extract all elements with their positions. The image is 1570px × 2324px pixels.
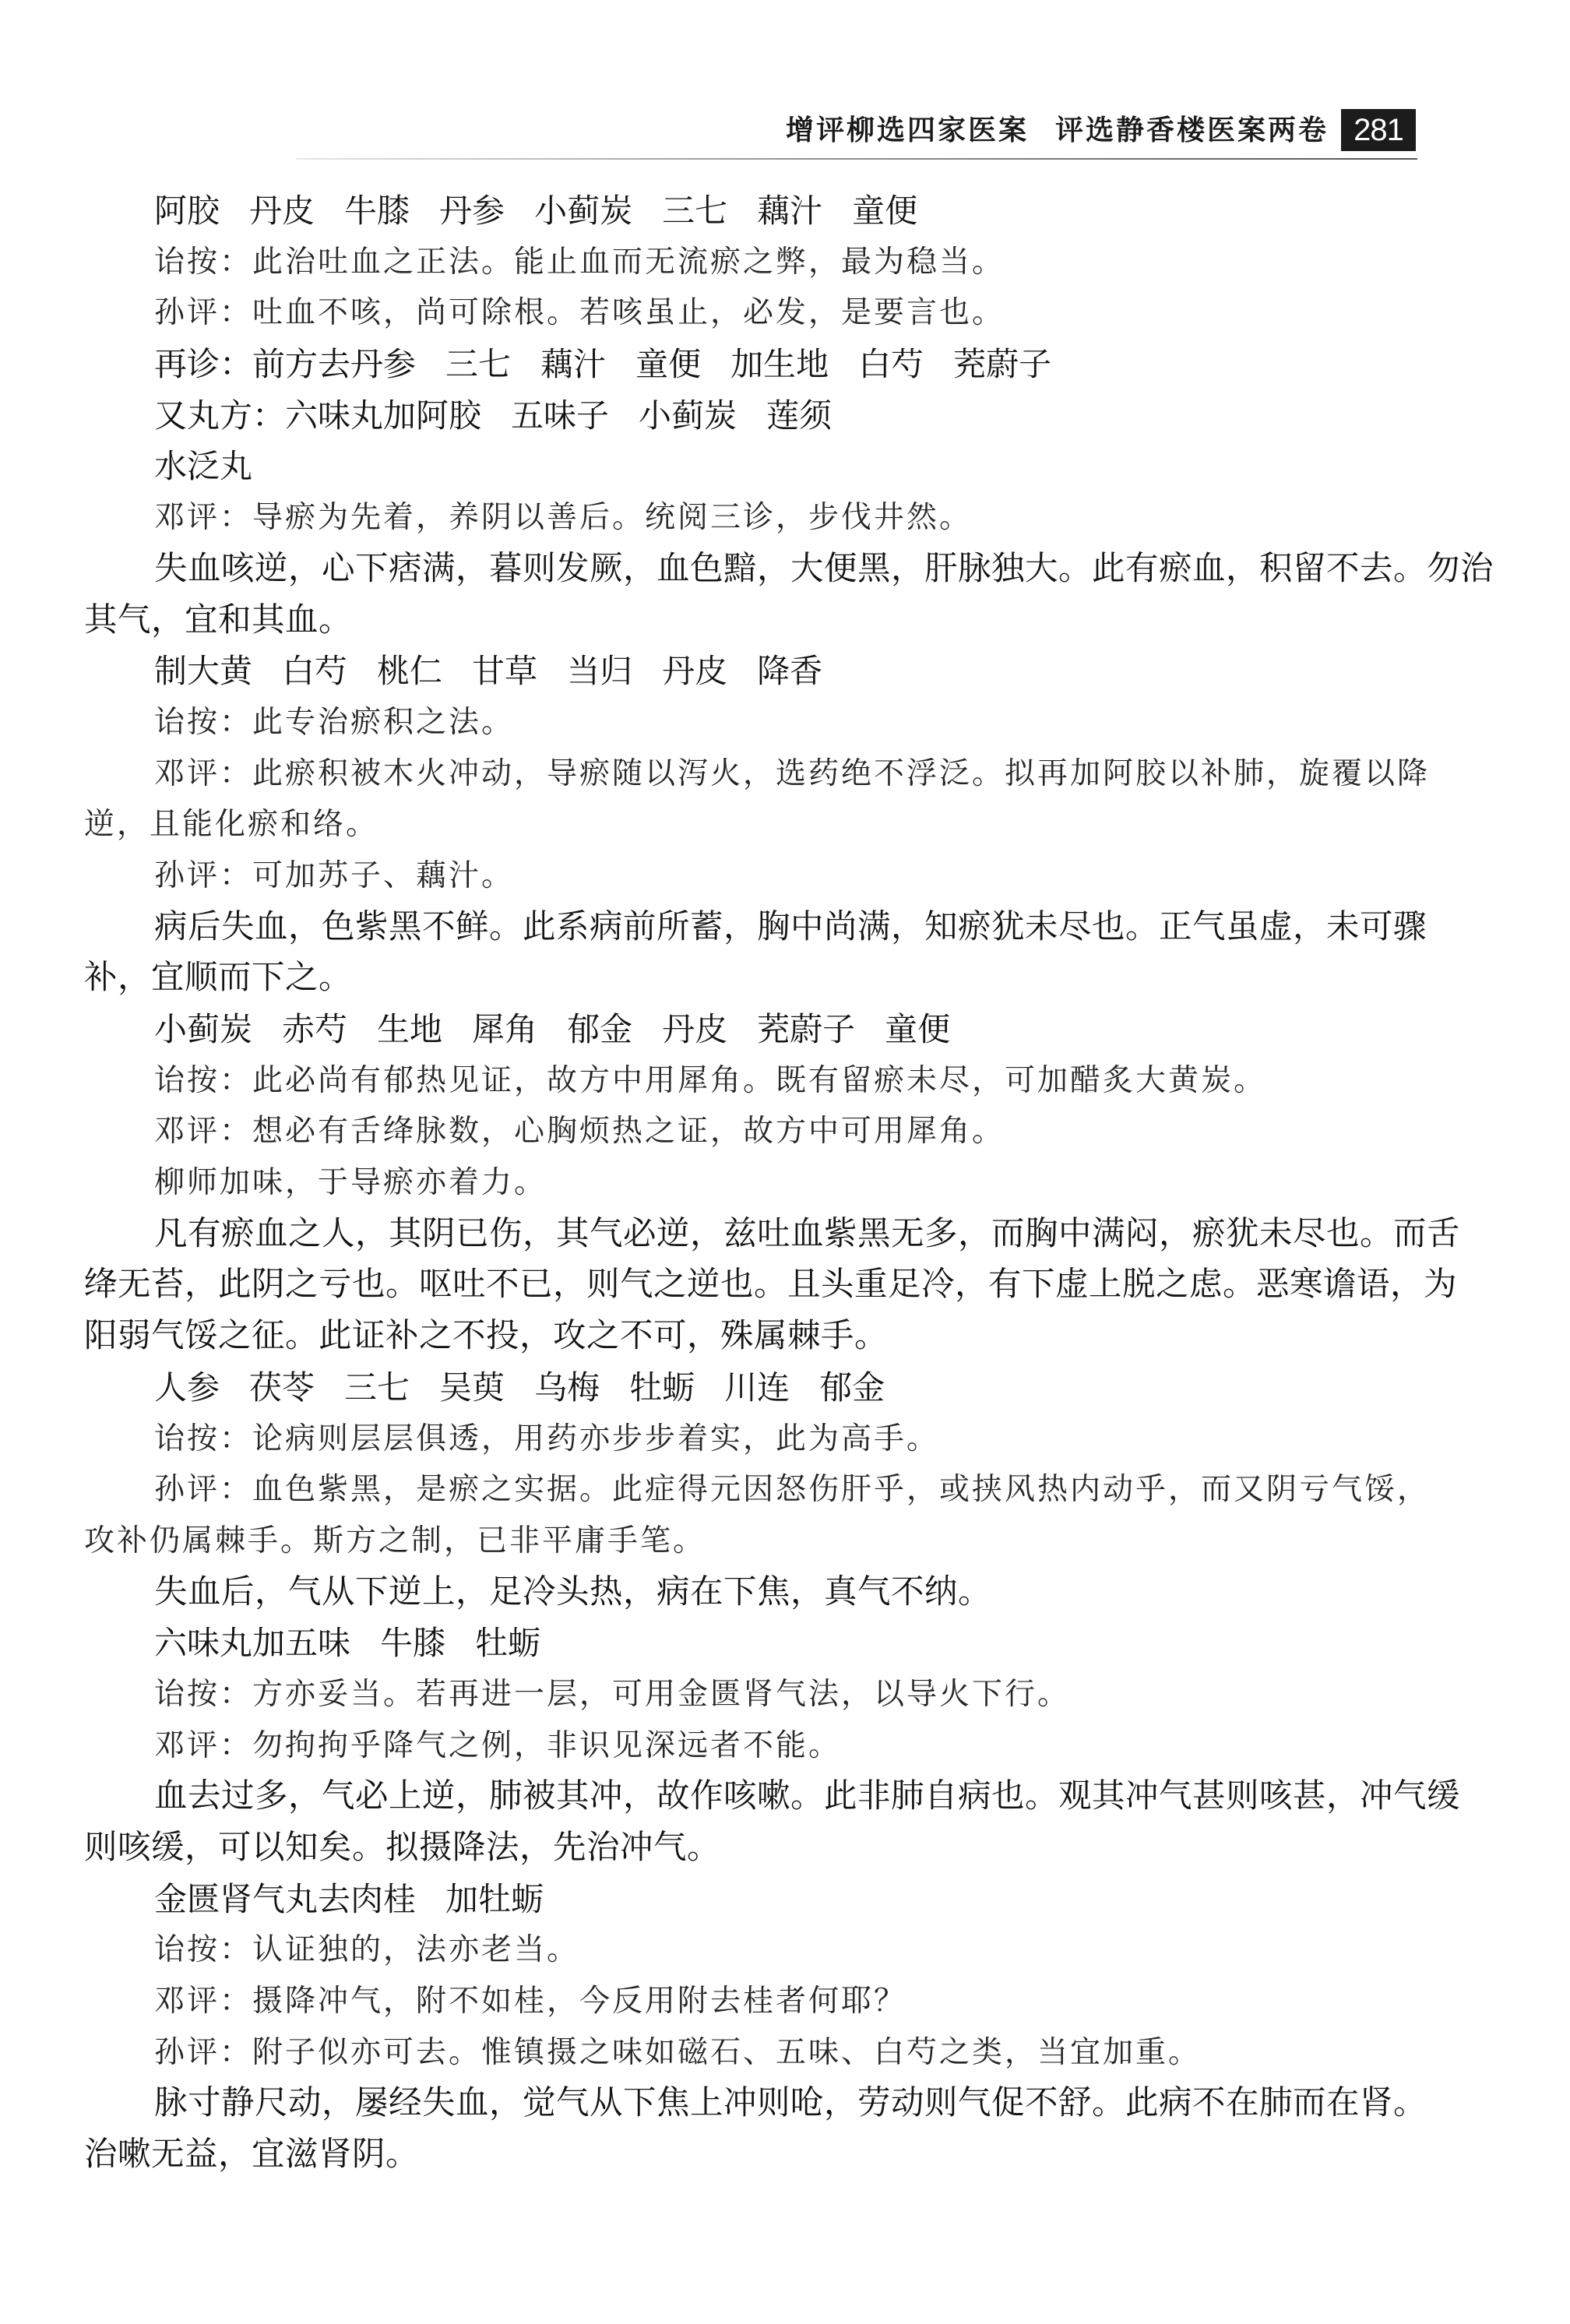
commentary-line: 诒按：此专治瘀积之法。 — [84, 697, 1417, 748]
commentary-line: 诒按：此治吐血之正法。能止血而无流瘀之弊，最为稳当。 — [84, 237, 1417, 288]
prescription-prefix: 又丸方： — [154, 396, 285, 435]
herb-item: 茺蔚子 — [953, 339, 1051, 390]
herb-item: 降香 — [757, 646, 822, 697]
prescription-line: 六味丸加五味牛膝牡蛎 — [84, 1618, 1417, 1669]
prescription-line: 水泛丸 — [84, 441, 1417, 492]
herb-item: 五味子 — [511, 390, 609, 442]
commentary-line: 孙评：吐血不咳，尚可除根。若咳虽止，必发，是要言也。 — [84, 287, 1417, 339]
herb-item: 川连 — [724, 1362, 790, 1414]
herb-item: 三七 — [445, 339, 511, 390]
herb-item: 童便 — [635, 339, 701, 390]
case-text-line: 病后失血，色紫黑不鲜。此系病前所蓄，胸中尚满，知瘀犹未尽也。正气虽虚，未可骤 — [84, 902, 1417, 953]
section-title: 评选静香楼医案两卷 — [1055, 114, 1329, 146]
herb-item: 当归 — [567, 646, 632, 697]
commentary-line: 诒按：认证独的，法亦老当。 — [84, 1924, 1417, 1976]
prescription-line: 再诊：前方去丹参三七藕汁童便加生地白芍茺蔚子 — [84, 339, 1417, 390]
prescription-line: 金匮肾气丸去肉桂加牡蛎 — [84, 1874, 1417, 1925]
herb-item: 犀角 — [472, 1004, 537, 1055]
herb-item: 牡蛎 — [629, 1362, 695, 1414]
prescription-prefix: 再诊：前方去 — [154, 345, 350, 383]
herb-item: 生地 — [377, 1004, 442, 1055]
herb-item: 加牡蛎 — [445, 1874, 544, 1925]
herb-item: 人参 — [154, 1362, 220, 1414]
case-text-line: 脉寸静尺动，屡经失血，觉气从下焦上冲则呛，劳动则气促不舒。此病不在肺而在肾。 — [84, 2078, 1417, 2129]
prescription-line: 又丸方：六味丸加阿胶五味子小蓟炭莲须 — [84, 390, 1417, 442]
herb-item: 水泛丸 — [154, 441, 252, 492]
commentary-line: 邓评：想必有舌绛脉数，心胸烦热之证，故方中可用犀角。 — [84, 1106, 1417, 1157]
prescription-line: 人参茯苓三七吴萸乌梅牡蛎川连郁金 — [84, 1362, 1417, 1414]
commentary-line: 诒按：此必尚有郁热见证，故方中用犀角。既有留瘀未尽，可加醋炙大黄炭。 — [84, 1055, 1417, 1107]
herb-item: 丹参 — [350, 339, 416, 390]
herb-item: 甘草 — [472, 646, 537, 697]
herb-item: 桃仁 — [377, 646, 442, 697]
herb-item: 丹皮 — [249, 185, 315, 237]
herb-item: 三七 — [344, 1362, 410, 1414]
herb-item: 牡蛎 — [475, 1618, 540, 1669]
herb-item: 阿胶 — [154, 185, 220, 237]
herb-item: 小蓟炭 — [534, 185, 632, 237]
commentary-line: 孙评：附子似亦可去。惟镇摄之味如磁石、五味、白芍之类，当宜加重。 — [84, 2027, 1417, 2079]
herb-item: 郁金 — [567, 1004, 632, 1055]
herb-item: 丹皮 — [662, 646, 727, 697]
herb-item: 小蓟炭 — [154, 1004, 252, 1055]
case-text-line: 失血咳逆，心下痞满，暮则发厥，血色黯，大便黑，肝脉独大。此有瘀血，积留不去。勿治 — [84, 544, 1417, 595]
book-title: 增评柳选四家医案 — [786, 114, 1029, 146]
case-text-line: 血去过多，气必上逆，肺被其冲，故作咳嗽。此非肺自病也。观其冲气甚则咳甚，冲气缓 — [84, 1771, 1417, 1822]
herb-item: 牛膝 — [380, 1618, 445, 1669]
herb-item: 金匮肾气丸去肉桂 — [154, 1874, 416, 1925]
case-text-line: 则咳缓，可以知矣。拟摄降法，先治冲气。 — [84, 1822, 1417, 1874]
case-text-line: 阳弱气馁之征。此证补之不投，攻之不可，殊属棘手。 — [84, 1311, 1417, 1362]
herb-item: 童便 — [885, 1004, 950, 1055]
herb-item: 藕汁 — [540, 339, 606, 390]
herb-item: 丹皮 — [662, 1004, 727, 1055]
herb-item: 六味丸加五味 — [154, 1618, 350, 1669]
commentary-line: 孙评：可加苏子、藕汁。 — [84, 850, 1417, 902]
prescription-line: 阿胶丹皮牛膝丹参小蓟炭三七藕汁童便 — [84, 185, 1417, 237]
herb-item: 莲须 — [766, 390, 832, 442]
case-text-line: 治嗽无益，宜滋肾阴。 — [84, 2129, 1417, 2181]
herb-item: 制大黄 — [154, 646, 252, 697]
commentary-line: 诒按：方亦妥当。若再进一层，可用金匮肾气法，以导火下行。 — [84, 1669, 1417, 1720]
prescription-line: 制大黄白芍桃仁甘草当归丹皮降香 — [84, 646, 1417, 697]
herb-item: 郁金 — [819, 1362, 885, 1414]
herb-item: 加生地 — [730, 339, 829, 390]
commentary-line: 邓评：摄降冲气，附不如桂，今反用附去桂者何耶？ — [84, 1976, 1417, 2027]
case-text-line: 失血后，气从下逆上，足冷头热，病在下焦，真气不纳。 — [84, 1567, 1417, 1618]
commentary-line: 邓评：导瘀为先着，养阴以善后。统阅三诊，步伐井然。 — [84, 492, 1417, 544]
running-header: 增评柳选四家医案评选静香楼医案两卷 281 — [0, 0, 1570, 164]
commentary-line: 攻补仍属棘手。斯方之制，已非平庸手笔。 — [84, 1516, 1417, 1567]
header-rule — [296, 158, 1417, 160]
herb-item: 丹参 — [439, 185, 505, 237]
herb-item: 六味丸加阿胶 — [285, 390, 481, 442]
commentary-line: 邓评：勿拘拘乎降气之例，非识见深远者不能。 — [84, 1720, 1417, 1772]
commentary-line: 诒按：论病则层层俱透，用药亦步步着实，此为高手。 — [84, 1414, 1417, 1465]
commentary-line: 柳师加味，于导瘀亦着力。 — [84, 1157, 1417, 1209]
case-text-line: 补，宜顺而下之。 — [84, 952, 1417, 1004]
herb-item: 白芍 — [282, 646, 347, 697]
herb-item: 童便 — [852, 185, 917, 237]
herb-item: 乌梅 — [534, 1362, 600, 1414]
herb-item: 茯苓 — [249, 1362, 315, 1414]
herb-item: 三七 — [662, 185, 727, 237]
running-title: 增评柳选四家医案评选静香楼医案两卷 — [786, 109, 1329, 151]
page-number: 281 — [1341, 109, 1416, 151]
herb-item: 小蓟炭 — [639, 390, 737, 442]
case-text-line: 其气，宜和其血。 — [84, 595, 1417, 646]
commentary-line: 孙评：血色紫黑，是瘀之实据。此症得元因怒伤肝乎，或挟风热内动乎，而又阴亏气馁， — [84, 1464, 1417, 1516]
commentary-line: 邓评：此瘀积被木火冲动，导瘀随以泻火，选药绝不浮泛。拟再加阿胶以补肺，旋覆以降 — [84, 748, 1417, 800]
herb-item: 赤芍 — [282, 1004, 347, 1055]
herb-item: 茺蔚子 — [757, 1004, 855, 1055]
herb-item: 牛膝 — [344, 185, 410, 237]
herb-item: 藕汁 — [757, 185, 822, 237]
herb-item: 白芍 — [858, 339, 924, 390]
herb-item: 吴萸 — [439, 1362, 505, 1414]
prescription-line: 小蓟炭赤芍生地犀角郁金丹皮茺蔚子童便 — [84, 1004, 1417, 1055]
commentary-line: 逆，且能化瘀和络。 — [84, 799, 1417, 850]
body-text: 阿胶丹皮牛膝丹参小蓟炭三七藕汁童便诒按：此治吐血之正法。能止血而无流瘀之弊，最为… — [84, 185, 1417, 2181]
case-text-line: 凡有瘀血之人，其阴已伤，其气必逆，兹吐血紫黑无多，而胸中满闷，瘀犹未尽也。而舌 — [84, 1209, 1417, 1260]
case-text-line: 绛无苔，此阴之亏也。呕吐不已，则气之逆也。且头重足冷，有下虚上脱之虑。恶寒谵语，… — [84, 1259, 1417, 1311]
